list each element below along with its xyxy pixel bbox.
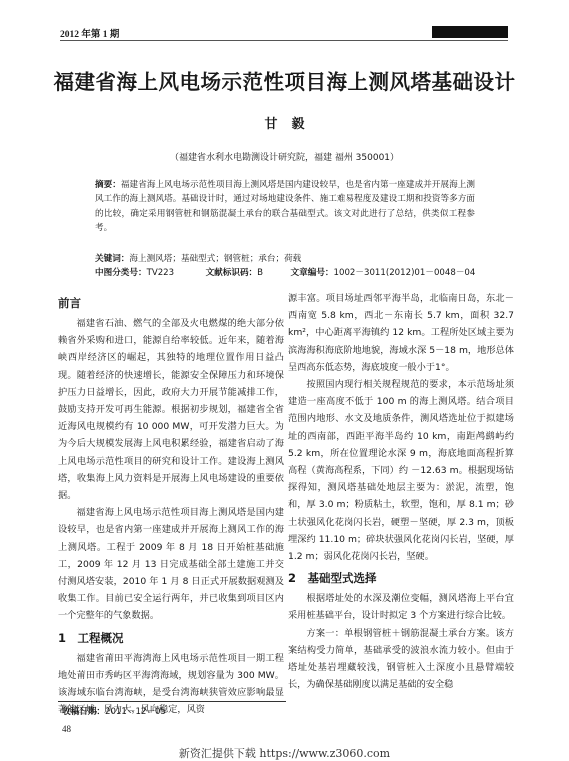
keywords: 关键词：海上测风塔；基础型式；钢管桩；承台；荷载 xyxy=(95,252,495,264)
footnote-divider xyxy=(58,701,286,702)
author-name: 甘毅 xyxy=(0,113,569,132)
paper-title: 福建省海上风电场示范性项目海上测风塔基础设计 xyxy=(0,65,569,95)
section-1-paragraph-2: 按照国内现行相关规程规范的要求，本示范场址须建造一座高度不低于 100 m 的海… xyxy=(288,376,514,565)
received-label: 收稿日期： xyxy=(62,707,105,717)
abstract-text: 福建省海上风电场示范性项目海上测风塔是国内建设较早，也是省内第一座建成并开展海上… xyxy=(95,180,475,233)
download-watermark: 新资汇提供下载 https://www.z3060.com xyxy=(0,745,569,761)
abstract-label: 摘要： xyxy=(95,180,121,190)
doc-code-label: 文献标识码： xyxy=(206,268,258,278)
preface-heading: 前言 xyxy=(58,294,284,312)
clc-label: 中图分类号： xyxy=(95,268,147,278)
abstract: 摘要：福建省海上风电场示范性项目海上测风塔是国内建设较早，也是省内第一座建成并开… xyxy=(95,178,475,235)
doc-code-value: B xyxy=(257,268,263,278)
affiliation: （福建省水利水电勘测设计研究院，福建 福州 350001） xyxy=(0,150,569,163)
preface-paragraph-2: 福建省海上风电场示范性项目海上测风塔是国内建设较早，也是省内第一座建成并开展海上… xyxy=(58,504,284,624)
article-number-label: 文章编号： xyxy=(291,268,334,278)
running-header: 2012 年第 1 期 xyxy=(60,26,508,41)
section-2-paragraph-1: 根据塔址处的水深及潮位变幅，测风塔海上平台宜采用桩基础平台，设计时拟定 3 个方… xyxy=(288,590,514,624)
right-column: 源丰富。项目场址西邻平海半岛，北临南日岛，东北－西南宽 5.8 km，西北－东南… xyxy=(288,290,514,693)
preface-paragraph-1: 福建省石油、燃气的全部及火电燃煤的绝大部分依赖省外采购和进口，能源自给率较低。近… xyxy=(58,315,284,504)
classification-line: 中图分类号：TV223 文献标识码：B 文章编号：1002－3011(2012)… xyxy=(95,266,495,278)
received-date: 收稿日期：2011－12－05 xyxy=(62,705,166,717)
keywords-label: 关键词： xyxy=(95,254,129,264)
received-value: 2011－12－05 xyxy=(105,707,166,717)
issue-label: 2012 年第 1 期 xyxy=(60,26,119,40)
clc-value: TV223 xyxy=(147,268,175,278)
section-2-heading: 2 基础型式选择 xyxy=(288,569,514,587)
header-black-bar xyxy=(432,26,508,38)
left-column: 前言 福建省石油、燃气的全部及火电燃煤的绝大部分依赖省外采购和进口，能源自给率较… xyxy=(58,290,284,718)
section-1-paragraph-1-continued: 源丰富。项目场址西邻平海半岛，北临南日岛，东北－西南宽 5.8 km，西北－东南… xyxy=(288,290,514,376)
section-2-paragraph-2: 方案一：单根钢管桩＋钢筋混凝土承台方案。该方案结构受力简单，基础承受的波浪水流力… xyxy=(288,625,514,694)
article-number-value: 1002－3011(2012)01－0048－04 xyxy=(334,268,476,278)
page-number: 48 xyxy=(62,724,71,734)
keywords-text: 海上测风塔；基础型式；钢管桩；承台；荷载 xyxy=(129,254,301,264)
section-1-heading: 1 工程概况 xyxy=(58,629,284,647)
